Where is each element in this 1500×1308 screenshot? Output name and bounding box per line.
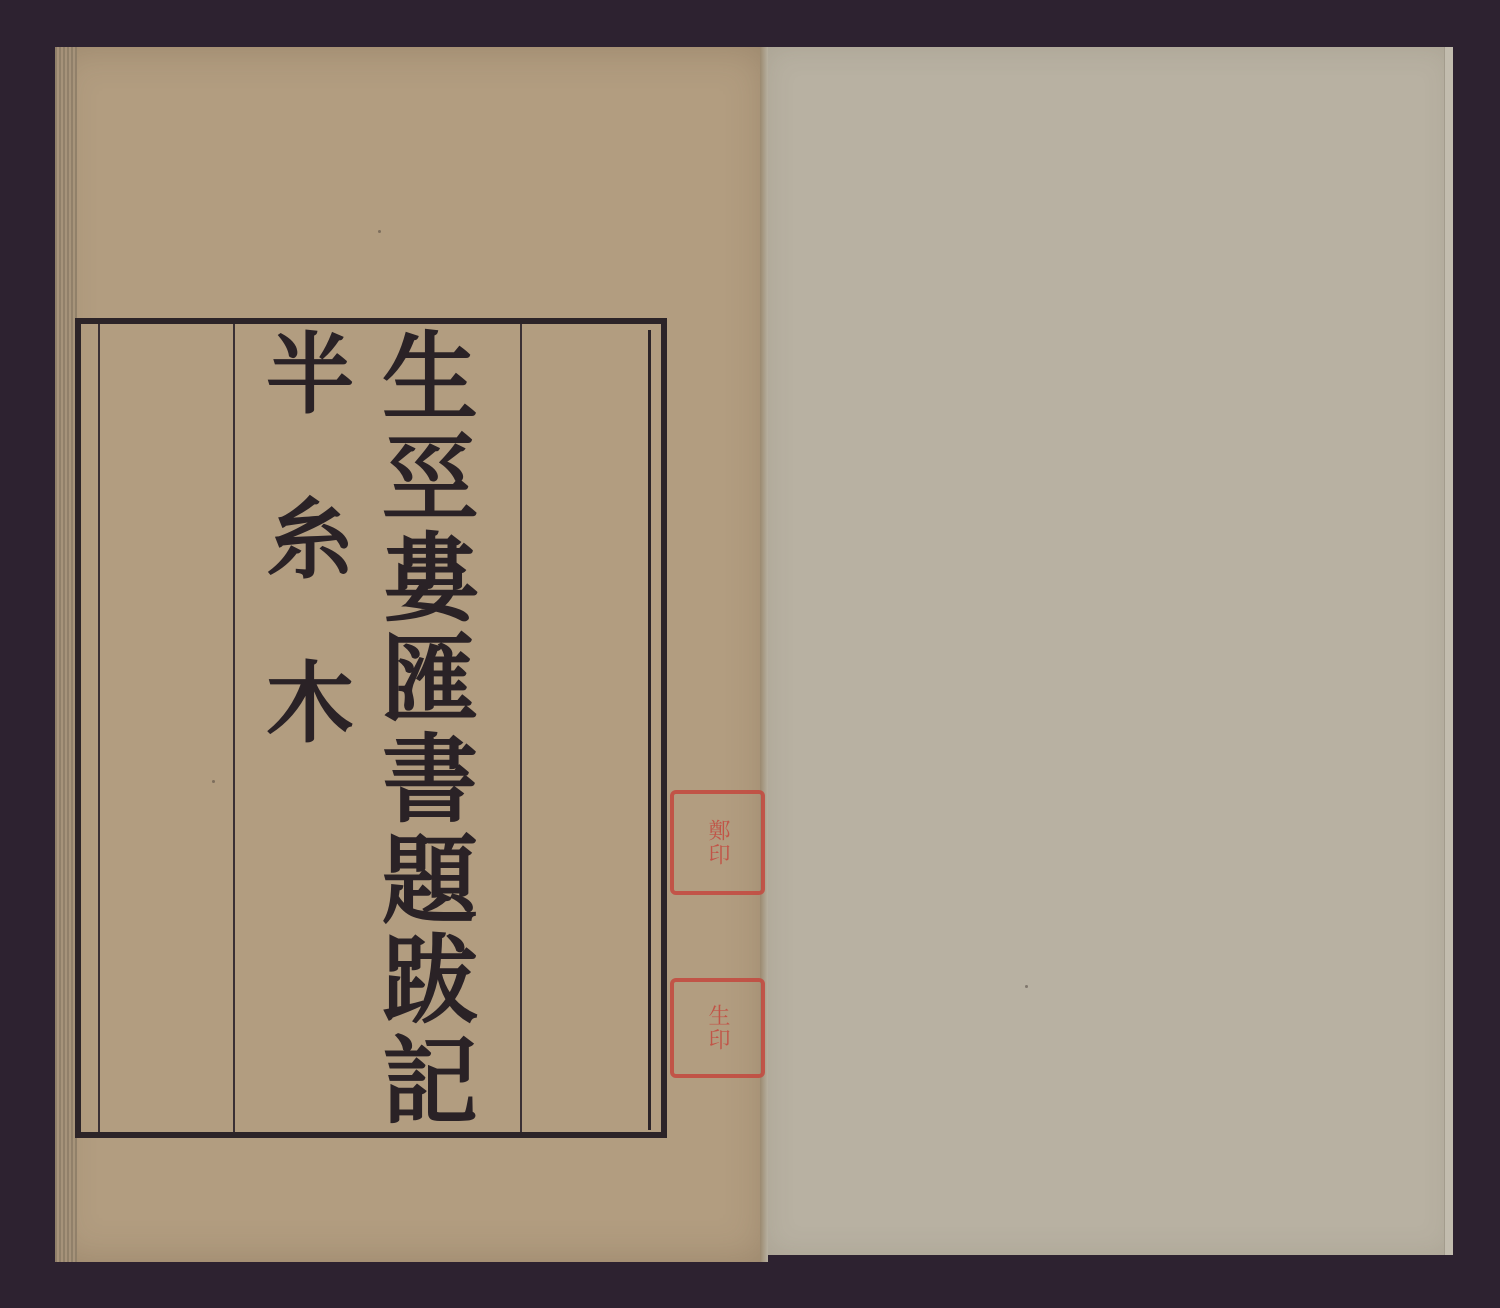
paper-spot — [1025, 985, 1028, 988]
title-char: 跋 — [382, 933, 478, 1029]
title-char: 記 — [382, 1034, 478, 1130]
paper-spot — [378, 230, 381, 233]
book-gutter — [760, 47, 768, 1262]
title-char: 匯 — [382, 632, 478, 728]
red-seal-upper: 鄭印 — [670, 790, 765, 895]
title-column-left: 半 糸 木 — [250, 330, 370, 1130]
title-char: 木 — [266, 659, 354, 747]
column-rule — [520, 324, 522, 1132]
title-char: 書 — [382, 732, 478, 828]
page-stack-edges — [55, 47, 77, 1262]
red-seal-lower: 生印 — [670, 978, 765, 1078]
column-rule — [233, 324, 235, 1132]
title-char: 糸 — [266, 495, 354, 583]
title-char: 生 — [382, 330, 478, 426]
title-char: 題 — [382, 833, 478, 929]
title-char: 巠 — [382, 431, 478, 527]
title-char: 婁 — [382, 531, 478, 627]
title-char: 半 — [266, 330, 354, 418]
right-page-blank — [765, 47, 1453, 1255]
title-frame-inner-line — [648, 330, 651, 1130]
title-column-right: 生 巠 婁 匯 書 題 跋 記 — [370, 330, 490, 1130]
right-page-edge — [1444, 47, 1453, 1255]
column-rule — [98, 324, 100, 1132]
paper-spot — [212, 780, 215, 783]
